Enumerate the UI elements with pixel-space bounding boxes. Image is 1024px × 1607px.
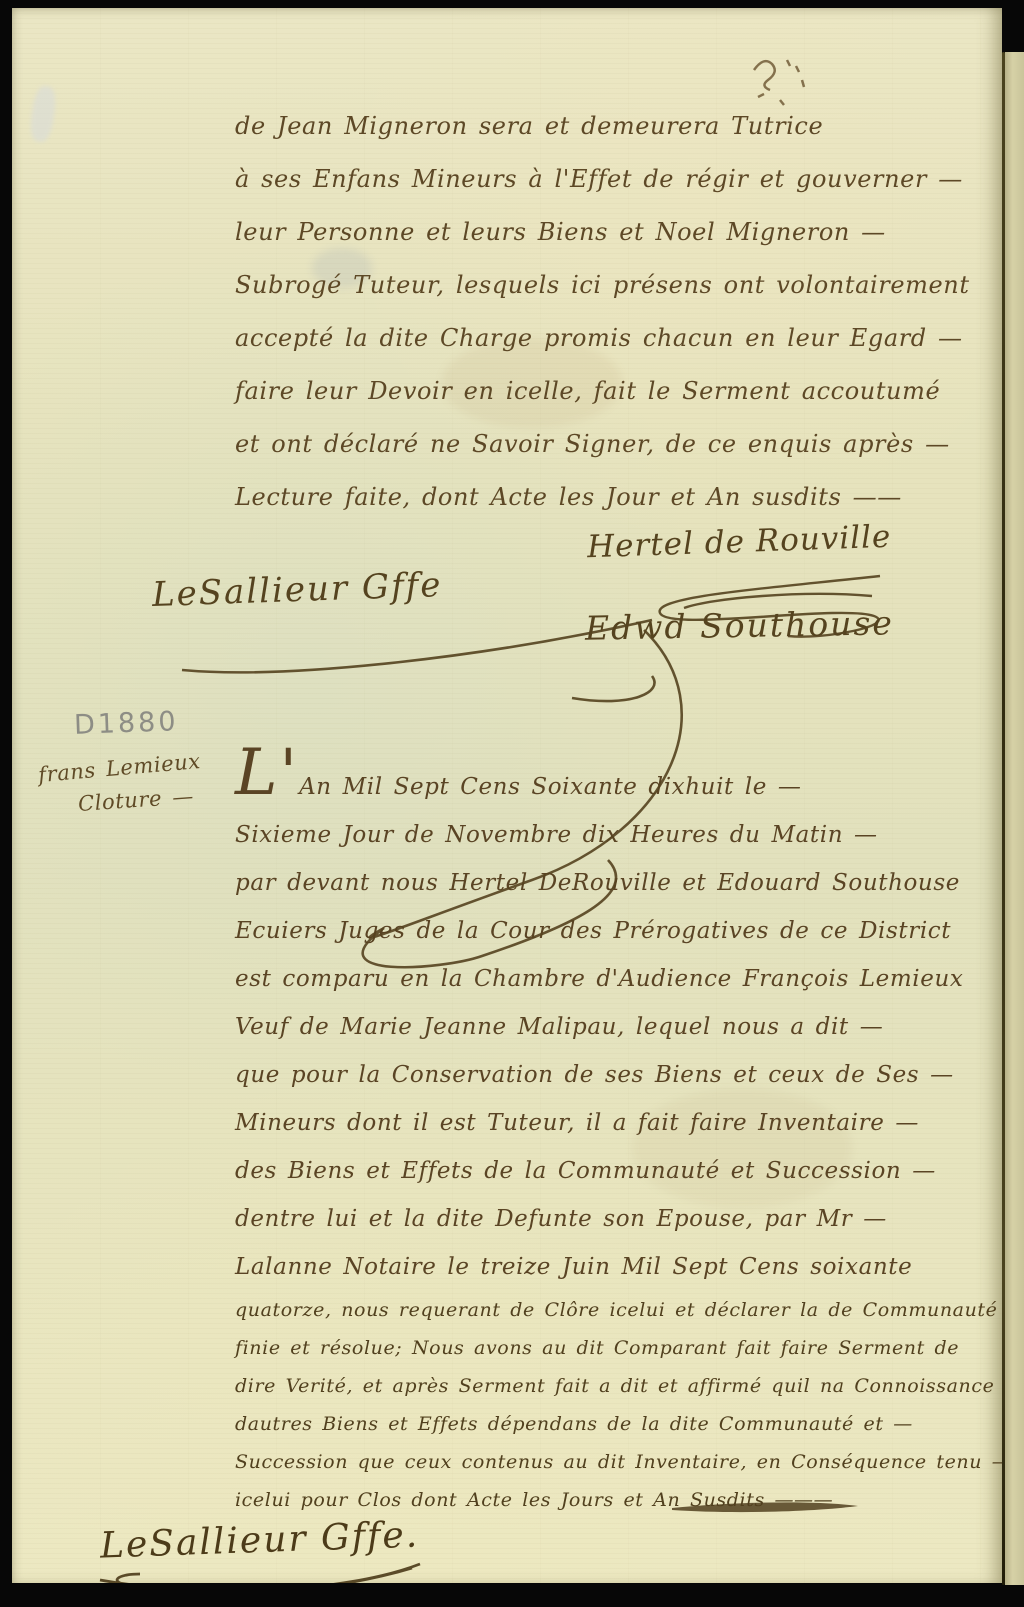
text-line: dentre lui et la dite Defunte son Epouse…	[235, 1195, 975, 1243]
paragraph-tutelle: de Jean Migneron sera et demeurera Tutri…	[235, 100, 975, 524]
signature-edward-southouse: Edwd Southouse	[585, 603, 895, 647]
text-line: icelui pour Clos dont Acte les Jours et …	[235, 1481, 975, 1519]
text-line: Sixieme Jour de Novembre dix Heures du M…	[235, 811, 975, 859]
manuscript-page: de Jean Migneron sera et demeurera Tutri…	[12, 8, 1002, 1583]
archival-pencil-reference: D1880	[73, 706, 179, 741]
text-line: Ecuiers Juges de la Cour des Prérogative…	[235, 907, 975, 955]
text-line: Subrogé Tuteur, lesquels ici présens ont…	[235, 259, 975, 312]
signature-clerk-bottom: LeSallieur Gffe.	[99, 1514, 419, 1566]
text-line: par devant nous Hertel DeRouville et Edo…	[235, 859, 975, 907]
text-line: finie et résolue; Nous avons au dit Comp…	[235, 1329, 975, 1367]
next-page-edge	[1005, 52, 1024, 1585]
paper-edge-chip	[28, 85, 58, 144]
text-line: des Biens et Effets de la Communauté et …	[235, 1147, 975, 1195]
bottom-clerk-paraph	[100, 1564, 420, 1583]
ink-mark	[754, 60, 804, 105]
text-line: Lecture faite, dont Acte les Jour et An …	[235, 471, 975, 524]
text-line: L'An Mil Sept Cens Soixante dixhuit le —	[235, 763, 975, 811]
margin-note-subject: Cloture —	[77, 784, 194, 816]
paragraph-cloture: L'An Mil Sept Cens Soixante dixhuit le —…	[235, 763, 975, 1519]
text-line: à ses Enfans Mineurs à l'Effet de régir …	[235, 153, 975, 206]
text-line: Lalanne Notaire le treize Juin Mil Sept …	[235, 1243, 975, 1291]
text-line: dautres Biens et Effets dépendans de la …	[235, 1405, 975, 1443]
text-line: Mineurs dont il est Tuteur, il a fait fa…	[235, 1099, 975, 1147]
text-line: de Jean Migneron sera et demeurera Tutri…	[235, 100, 975, 153]
margin-note-name: frans Lemieux	[37, 749, 201, 787]
text-line: leur Personne et leurs Biens et Noel Mig…	[235, 206, 975, 259]
text-line: Veuf de Marie Jeanne Malipau, lequel nou…	[235, 1003, 975, 1051]
text-line: et ont déclaré ne Savoir Signer, de ce e…	[235, 418, 975, 471]
text-line: quatorze, nous requerant de Clôre icelui…	[235, 1291, 975, 1329]
text-line: faire leur Devoir en icelle, fait le Ser…	[235, 365, 975, 418]
signature-hertel-de-rouville: Hertel de Rouville	[586, 519, 891, 566]
text-line: accepté la dite Charge promis chacun en …	[235, 312, 975, 365]
signature-clerk-middle: LeSallieur Gffe	[151, 565, 443, 615]
scanned-manuscript: { "document": { "kind": "Handwritten not…	[0, 0, 1024, 1607]
text-line: est comparu en la Chambre d'Audience Fra…	[235, 955, 975, 1003]
text-line: dire Verité, et après Serment fait a dit…	[235, 1367, 975, 1405]
text-line: Succession que ceux contenus au dit Inve…	[235, 1443, 975, 1481]
text-line: que pour la Conservation de ses Biens et…	[235, 1051, 975, 1099]
